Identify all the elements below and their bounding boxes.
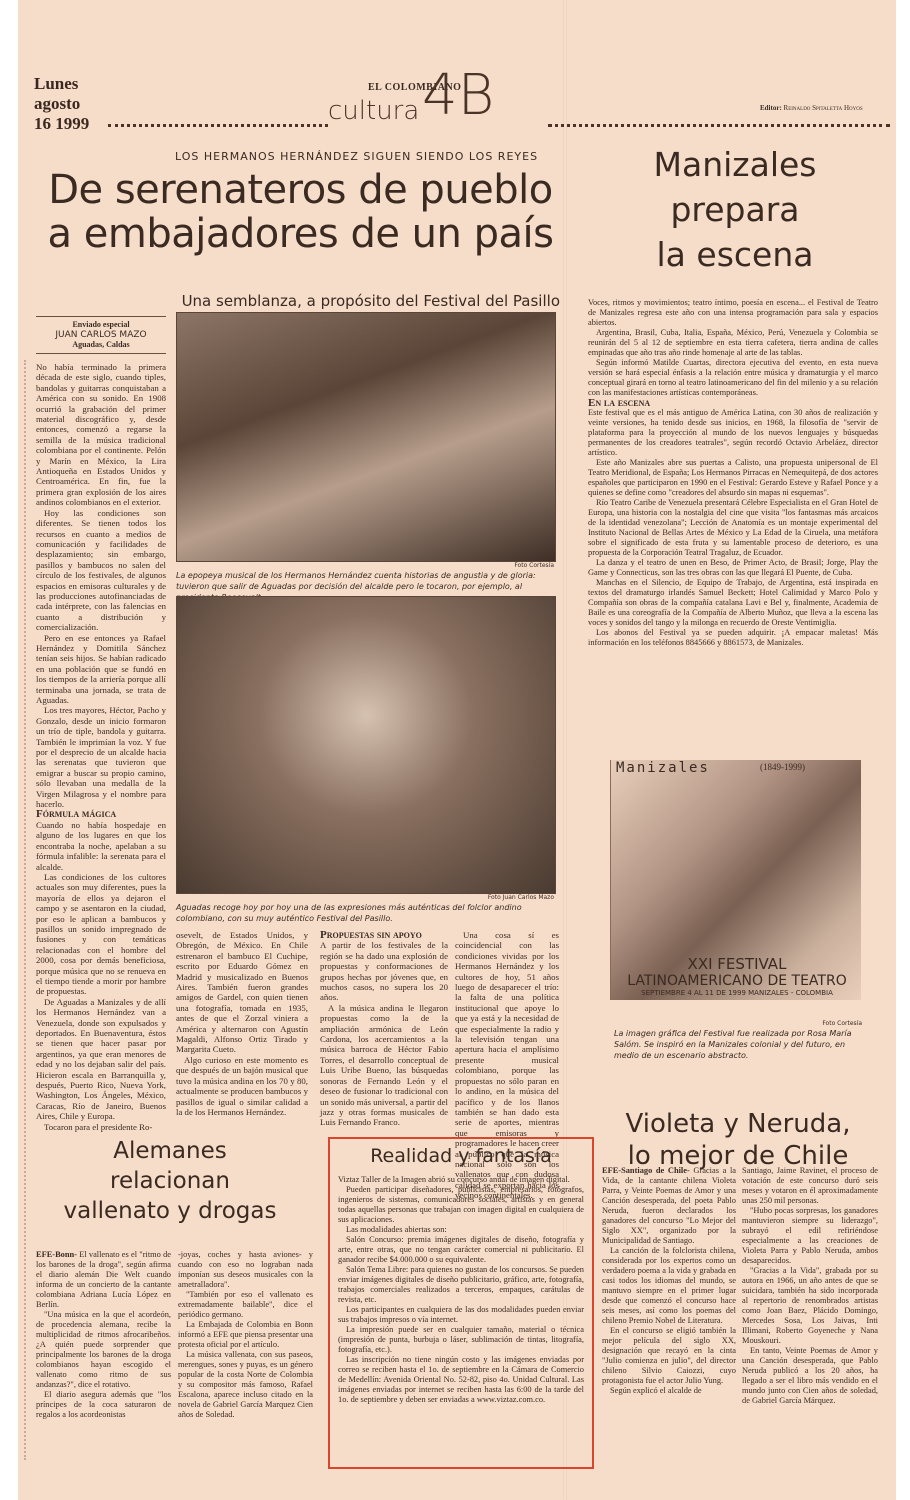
- byline-role: Enviado especial: [36, 320, 166, 330]
- photo2-caption: Aguadas recoge hoy por hoy una de las ex…: [176, 902, 561, 924]
- paragraph: Pero en ese entonces ya Rafael Hernández…: [36, 633, 166, 706]
- subhead-formula-magica: Fórmula mágica: [36, 809, 166, 819]
- alemanes-headline-line1: Alemanes: [40, 1136, 300, 1166]
- photo2-credit: Foto Juan Carlos Mazo: [176, 894, 554, 901]
- dateline: EFE-Bonn-: [36, 1250, 77, 1259]
- main-column-1: No había terminado la primera década de …: [36, 362, 166, 1132]
- alemanes-headline-line2: relacionan: [40, 1166, 300, 1196]
- paragraph: El diario asegura además que "los prínci…: [36, 1390, 171, 1420]
- main-column-2: osevelt, de Estados Unidos, y Obregón, d…: [176, 930, 308, 1117]
- paragraph: Cuando no había hospedaje en alguno de l…: [36, 820, 166, 872]
- violeta-headline: Violeta y Neruda, lo mejor de Chile: [598, 1108, 878, 1172]
- poster-line2: LATINOAMERICANO DE TEATRO: [612, 973, 862, 989]
- dateline: EFE-Santiago de Chile-: [602, 1166, 690, 1175]
- paragraph: Este año Manizales abre sus puertas a Ca…: [588, 458, 878, 498]
- photo-hermanos-hernandez: [176, 312, 556, 562]
- paragraph: "Hubo pocas sorpresas, los ganadores man…: [742, 1206, 878, 1266]
- paragraph-text: Gracias a la Vida, de la cantante chilen…: [602, 1166, 736, 1245]
- paragraph: La Embajada de Colombia en Bonn informó …: [178, 1320, 313, 1350]
- byline-place: Aguadas, Caldas: [36, 340, 166, 350]
- manizales-headline-line3: la escena: [600, 232, 870, 277]
- section-name: cultura: [328, 96, 419, 126]
- poster-credit: Foto Cortesía: [612, 1020, 862, 1027]
- manizales-body: Voces, ritmos y movimientos; teatro ínti…: [588, 298, 878, 648]
- masthead-dotted-rule-right: [548, 124, 890, 127]
- main-headline-line1: De serenateros de pueblo: [38, 168, 563, 212]
- main-headline: De serenateros de pueblo a embajadores d…: [38, 168, 563, 256]
- paragraph: EFE-Bonn- El vallenato es el "ritmo de l…: [36, 1250, 171, 1310]
- paragraph: Salón Tema Libre: para quienes no gustan…: [338, 1265, 584, 1305]
- violeta-column-1: EFE-Santiago de Chile- Gracias a la Vida…: [602, 1166, 736, 1396]
- manizales-headline: Manizales prepara la escena: [600, 142, 870, 277]
- editor-name: Reinaldo Spitaletta Hoyos: [784, 104, 863, 112]
- paragraph: Los tres mayores, Héctor, Pacho y Gonzal…: [36, 705, 166, 809]
- paragraph: Hoy las condiciones son diferentes. Se t…: [36, 508, 166, 633]
- paragraph: La danza y el teatro de unen en Beso, de…: [588, 558, 878, 578]
- paragraph: En el concurso se eligió también la mejo…: [602, 1326, 736, 1386]
- violeta-headline-line1: Violeta y Neruda,: [598, 1108, 878, 1140]
- date-label: 16 1999: [34, 114, 89, 134]
- month-label: agosto: [34, 94, 89, 114]
- main-column-3: Propuestas sin apoyo A partir de los fes…: [320, 930, 448, 1128]
- paragraph: Pueden participar diseñadores, publicist…: [338, 1185, 584, 1225]
- alemanes-headline-line3: vallenato y drogas: [40, 1196, 300, 1226]
- paragraph: Según explicó el alcalde de: [602, 1386, 736, 1396]
- paragraph: La impresión puede ser en cualquier tama…: [338, 1325, 584, 1355]
- poster-line1: XXI FESTIVAL: [612, 955, 862, 973]
- alemanes-headline: Alemanes relacionan vallenato y drogas: [40, 1136, 300, 1226]
- main-deck: Una semblanza, a propósito del Festival …: [140, 292, 560, 310]
- paragraph: Los abonos del Festival ya se pueden adq…: [588, 628, 878, 648]
- poster-text: XXI FESTIVAL LATINOAMERICANO DE TEATRO S…: [612, 955, 862, 997]
- paragraph: De Aguadas a Manizales y de allí los Her…: [36, 997, 166, 1122]
- paragraph: EFE-Santiago de Chile- Gracias a la Vida…: [602, 1166, 736, 1246]
- editor-label: Editor:: [760, 104, 782, 112]
- paragraph: La canción de la folclorista chilena, co…: [602, 1246, 736, 1326]
- main-kicker: Los hermanos Hernández siguen siendo los…: [175, 150, 538, 163]
- paragraph: En tanto, Veinte Poemas de Amor y una Ca…: [742, 1346, 878, 1406]
- masthead-dotted-rule: [108, 124, 328, 127]
- alemanes-column-2: -joyas, coches y hasta aviones- y cuando…: [178, 1250, 313, 1420]
- photo-aguadas-festival: [176, 596, 556, 894]
- paragraph: Las condiciones de los cultores actuales…: [36, 872, 166, 997]
- paragraph: Las inscripción no tiene ningún costo y …: [338, 1355, 584, 1405]
- photo1-credit: Foto Cortesía: [176, 562, 554, 569]
- paragraph: La música vallenata, con sus paseos, mer…: [178, 1350, 313, 1420]
- poster-caption: La imagen gráfica del Festival fue reali…: [614, 1028, 864, 1061]
- byline: Enviado especial JUAN CARLOS MAZO Aguada…: [36, 316, 166, 354]
- paragraph: Algo curioso en este momento es que desp…: [176, 1055, 308, 1117]
- paragraph: "Una música en la que el acordeón, de pr…: [36, 1310, 171, 1390]
- poster-line3: SEPTIEMBRE 4 AL 11 DE 1999 MANIZALES - C…: [612, 989, 862, 997]
- violeta-column-2: Santiago, Jaime Ravinet, el proceso de v…: [742, 1166, 878, 1406]
- paragraph: Viztaz Taller de la Imagen abrió su conc…: [338, 1175, 584, 1185]
- alemanes-column-1: EFE-Bonn- El vallenato es el "ritmo de l…: [36, 1250, 171, 1420]
- byline-name: JUAN CARLOS MAZO: [36, 330, 166, 340]
- page-number: 4B: [422, 66, 494, 126]
- paragraph: "Gracias a la Vida", grabada por su auto…: [742, 1266, 878, 1346]
- paragraph: Las modalidades abiertas son:: [338, 1225, 584, 1235]
- paragraph: Según informó Matilde Cuartas, directora…: [588, 358, 878, 398]
- paragraph: Argentina, Brasil, Cuba, Italia, España,…: [588, 328, 878, 358]
- manizales-headline-line1: Manizales: [600, 142, 870, 187]
- paragraph: Este festival que es el más antiguo de A…: [588, 408, 878, 458]
- poster-years: (1849-1999): [760, 762, 805, 772]
- paragraph: Santiago, Jaime Ravinet, el proceso de v…: [742, 1166, 878, 1206]
- paragraph: Voces, ritmos y movimientos; teatro ínti…: [588, 298, 878, 328]
- realidad-fantasia-box: Realidad y fantasía Viztaz Taller de la …: [328, 1137, 594, 1469]
- date-block: Lunes agosto 16 1999: [34, 74, 89, 134]
- paragraph: A partir de los festivales de la región …: [320, 940, 448, 1002]
- day-label: Lunes: [34, 74, 89, 94]
- subhead-propuestas: Propuestas sin apoyo: [320, 930, 448, 940]
- paragraph: Río Teatro Caribe de Venezuela presentar…: [588, 498, 878, 558]
- subhead-en-la-escena: En la escena: [588, 398, 878, 408]
- main-headline-line2: a embajadores de un país: [38, 212, 563, 256]
- box-body: Viztaz Taller de la Imagen abrió su conc…: [330, 1175, 592, 1405]
- editor-credit: Editor: Reinaldo Spitaletta Hoyos: [760, 104, 863, 112]
- box-title: Realidad y fantasía: [330, 1145, 592, 1167]
- margin-perforation: [24, 360, 31, 1460]
- paragraph: -joyas, coches y hasta aviones- y cuando…: [178, 1250, 313, 1290]
- manizales-headline-line2: prepara: [600, 187, 870, 232]
- paragraph: Los participantes en cualquiera de las d…: [338, 1305, 584, 1325]
- paragraph: Salón Concurso: premia imágenes digitale…: [338, 1235, 584, 1265]
- paragraph: "También por eso el vallenato es extrema…: [178, 1290, 313, 1320]
- paragraph: osevelt, de Estados Unidos, y Obregón, d…: [176, 930, 308, 1055]
- paragraph: A la música andina le llegaron propuesta…: [320, 1003, 448, 1128]
- paragraph: No había terminado la primera década de …: [36, 362, 166, 508]
- paragraph: Tocaron para el presidente Ro-: [36, 1122, 166, 1132]
- poster-city: Manizales: [616, 760, 710, 776]
- paragraph: Manchas en el Silencio, de Equipo de Tra…: [588, 578, 878, 628]
